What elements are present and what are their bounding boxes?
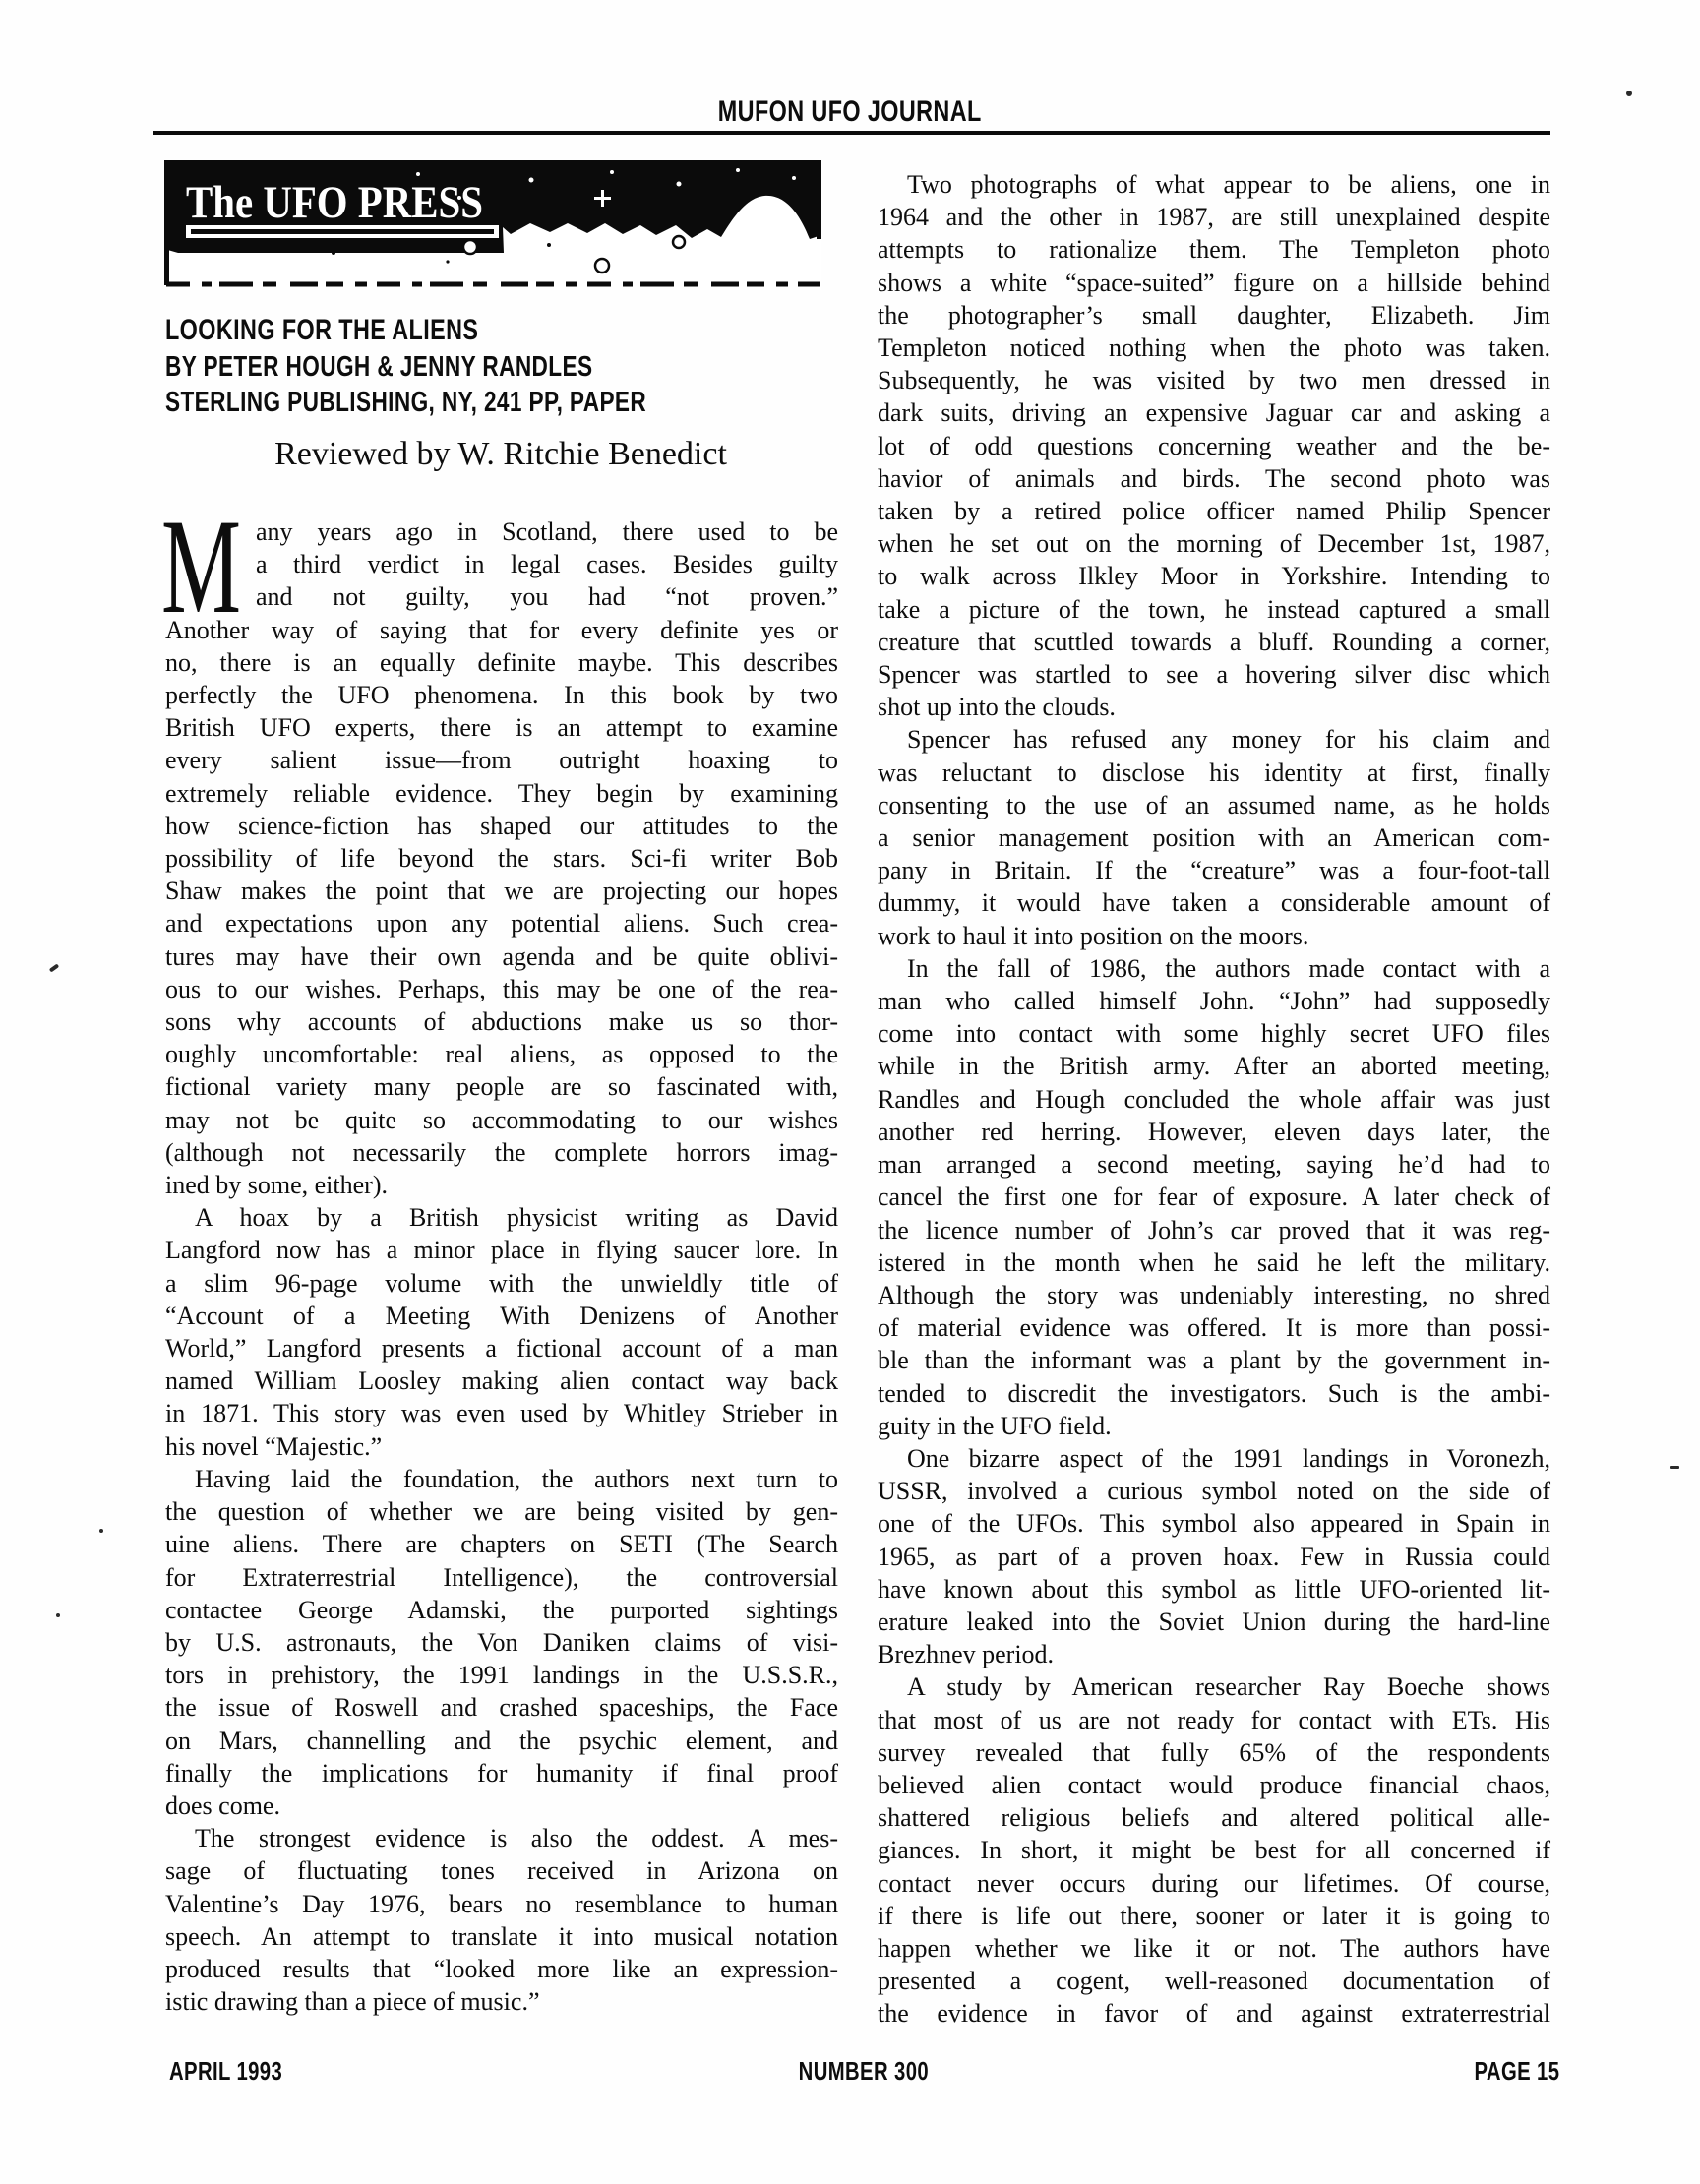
text-line: creature that scuttled towards a bluff. …: [878, 626, 1550, 658]
text-line: the issue of Roswell and crashed spacesh…: [165, 1691, 838, 1724]
scan-speck: [56, 1613, 60, 1617]
cross-star-icon: [601, 190, 604, 207]
text-line: work to haul it into position on the moo…: [878, 920, 1550, 952]
text-line: that most of us are not ready for contac…: [878, 1704, 1550, 1736]
text-line: every salient issue—from outright hoaxin…: [165, 744, 838, 776]
text-line: one of the UFOs. This symbol also appear…: [878, 1507, 1550, 1540]
banner-right-border: [817, 160, 821, 239]
text-line: Brezhnev period.: [878, 1638, 1550, 1670]
text-line: “Account of a Meeting With Denizens of A…: [165, 1300, 838, 1332]
text-line: Spencer has refused any money for his cl…: [878, 723, 1550, 756]
text-line: while in the British army. After an abor…: [878, 1050, 1550, 1082]
text-line: may not be quite so accommodating to our…: [165, 1104, 838, 1136]
text-line: the licence number of John’s car proved …: [878, 1214, 1550, 1246]
text-line: dark suits, driving an expensive Jaguar …: [878, 396, 1550, 429]
text-line: the evidence in favor of and against ext…: [878, 1997, 1550, 2030]
text-line: finally the implications for humanity if…: [165, 1757, 838, 1790]
text-line: of material evidence was offered. It is …: [878, 1311, 1550, 1344]
text-line: havior of animals and birds. The second …: [878, 462, 1550, 495]
scan-speck: [99, 1529, 103, 1533]
text-line: named William Loosley making alien conta…: [165, 1365, 838, 1397]
text-line: and not guilty, you had “not proven.”: [165, 580, 838, 613]
text-line: erature leaked into the Soviet Union dur…: [878, 1606, 1550, 1638]
text-line: Randles and Hough concluded the whole af…: [878, 1083, 1550, 1116]
text-line: Langford now has a minor place in flying…: [165, 1234, 838, 1266]
text-line: taken by a retired police officer named …: [878, 495, 1550, 527]
text-line: the photographer’s small daughter, Eliza…: [878, 299, 1550, 332]
text-line: produced results that “looked more like …: [165, 1953, 838, 1985]
text-line: when he set out on the morning of Decemb…: [878, 527, 1550, 560]
magazine-page: MUFON UFO JOURNAL The UFO PRESS LOOKING …: [0, 0, 1700, 2184]
journal-title: MUFON UFO JOURNAL: [718, 95, 982, 129]
text-line: by U.S. astronauts, the Von Daniken clai…: [165, 1626, 838, 1659]
crater-circle: [463, 240, 477, 254]
text-line: contactee George Adamski, the purported …: [165, 1594, 838, 1626]
right-column: Two photographs of what appear to be ali…: [878, 168, 1550, 2031]
text-line: ble than the informant was a plant by th…: [878, 1344, 1550, 1376]
text-line: 1965, as part of a proven hoax. Few in R…: [878, 1541, 1550, 1573]
text-line: speech. An attempt to translate it into …: [165, 1920, 838, 1953]
pebble-dot: [547, 243, 551, 247]
text-line: ous to our wishes. Perhaps, this may be …: [165, 973, 838, 1005]
text-line: tended to discredit the investigators. S…: [878, 1377, 1550, 1410]
text-line: sons why accounts of abductions make us …: [165, 1005, 838, 1038]
text-line: Although the story was undeniably intere…: [878, 1279, 1550, 1311]
text-line: istic drawing than a piece of music.”: [165, 1985, 838, 2018]
text-line: Having laid the foundation, the authors …: [165, 1463, 838, 1495]
drop-cap: M: [161, 499, 241, 635]
text-line: Spencer was startled to see a hovering s…: [878, 658, 1550, 691]
text-line: happen whether we like it or not. The au…: [878, 1932, 1550, 1965]
book-title: LOOKING FOR THE ALIENS: [165, 313, 478, 349]
text-line: survey revealed that fully 65% of the re…: [878, 1736, 1550, 1769]
scan-speck: [1626, 91, 1632, 96]
text-line: Shaw makes the point that we are project…: [165, 875, 838, 907]
header-rule: [153, 131, 1550, 135]
book-byline: BY PETER HOUGH & JENNY RANDLES: [165, 349, 592, 386]
text-line: uine aliens. There are chapters on SETI …: [165, 1528, 838, 1560]
star-icon: [529, 178, 534, 183]
text-line: guity in the UFO field.: [878, 1410, 1550, 1442]
text-line: lot of odd questions concerning weather …: [878, 430, 1550, 462]
text-line: in 1871. This story was even used by Whi…: [165, 1397, 838, 1429]
scan-speck: [49, 963, 59, 972]
text-line: a third verdict in legal cases. Besides …: [165, 548, 838, 580]
text-line: Valentine’s Day 1976, bears no resemblan…: [165, 1888, 838, 1920]
text-line: a senior management position with an Ame…: [878, 821, 1550, 854]
text-line: contact never occurs during our lifetime…: [878, 1867, 1550, 1900]
text-line: Another way of saying that for every def…: [165, 614, 838, 646]
text-line: USSR, involved a curious symbol noted on…: [878, 1475, 1550, 1507]
text-line: A study by American researcher Ray Boech…: [878, 1670, 1550, 1703]
text-line: his novel “Majestic.”: [165, 1430, 838, 1463]
text-line: giances. In short, it might be best for …: [878, 1834, 1550, 1866]
text-line: presented a cogent, well-reasoned docume…: [878, 1965, 1550, 1997]
text-line: In the fall of 1986, the authors made co…: [878, 952, 1550, 985]
text-line: extremely reliable evidence. They begin …: [165, 777, 838, 810]
text-line: Two photographs of what appear to be ali…: [878, 168, 1550, 201]
book-publisher: STERLING PUBLISHING, NY, 241 PP, PAPER: [165, 385, 646, 421]
text-line: man who called himself John. “John” had …: [878, 985, 1550, 1017]
text-line: fictional variety many people are so fas…: [165, 1070, 838, 1103]
text-line: A hoax by a British physicist writing as…: [165, 1201, 838, 1234]
footer-page-label: PAGE 15: [1450, 2056, 1559, 2087]
text-line: and expectations upon any potential alie…: [165, 907, 838, 940]
text-line: come into contact with some highly secre…: [878, 1017, 1550, 1050]
pebble-dot: [446, 260, 449, 263]
text-line: another red herring. However, eleven day…: [878, 1116, 1550, 1148]
text-line: does come.: [165, 1790, 838, 1822]
star-icon: [792, 176, 796, 180]
text-line: take a picture of the town, he instead c…: [878, 593, 1550, 626]
text-line: the question of whether we are being vis…: [165, 1495, 838, 1528]
text-line: for Extraterrestrial Intelligence), the …: [165, 1561, 838, 1594]
footer-issue-number: NUMBER 300: [14, 2056, 1700, 2087]
text-line: possibility of life beyond the stars. Sc…: [165, 842, 838, 875]
banner-underline: [191, 229, 494, 234]
ufo-press-banner: The UFO PRESS: [164, 160, 821, 290]
text-line: ined by some, either).: [165, 1169, 838, 1201]
crater-circle: [673, 236, 685, 248]
text-line: was reluctant to disclose his identity a…: [878, 757, 1550, 789]
banner-left-border: [164, 160, 169, 285]
text-line: One bizarre aspect of the 1991 landings …: [878, 1442, 1550, 1475]
star-icon: [416, 172, 420, 176]
text-line: perfectly the UFO phenomena. In this boo…: [165, 679, 838, 711]
text-line: man arranged a second meeting, saying he…: [878, 1148, 1550, 1181]
star-icon: [677, 182, 682, 187]
text-line: no, there is an equally definite maybe. …: [165, 646, 838, 679]
text-line: shot up into the clouds.: [878, 691, 1550, 723]
text-line: any years ago in Scotland, there used to…: [165, 516, 838, 548]
pebble-dot: [332, 251, 335, 255]
left-column: M any years ago in Scotland, there used …: [165, 516, 838, 2018]
text-line: if there is life out there, sooner or la…: [878, 1900, 1550, 1932]
text-line: how science-fiction has shaped our attit…: [165, 810, 838, 842]
page-header: MUFON UFO JOURNAL: [0, 95, 1700, 129]
text-line: (although not necessarily the complete h…: [165, 1136, 838, 1169]
text-line: attempts to rationalize them. The Temple…: [878, 233, 1550, 266]
star-icon: [610, 170, 614, 174]
text-line: cancel the first one for fear of exposur…: [878, 1181, 1550, 1213]
text-line: dummy, it would have taken a considerabl…: [878, 886, 1550, 919]
scan-speck: [1670, 1466, 1679, 1469]
text-line: oughly uncomfortable: real aliens, as op…: [165, 1038, 838, 1070]
text-line: have known about this symbol as little U…: [878, 1573, 1550, 1606]
text-line: believed alien contact would produce fin…: [878, 1769, 1550, 1801]
text-line: tures may have their own agenda and be q…: [165, 940, 838, 973]
text-line: pany in Britain. If the “creature” was a…: [878, 854, 1550, 886]
text-line: shows a white “space-suited” figure on a…: [878, 267, 1550, 299]
text-line: 1964 and the other in 1987, are still un…: [878, 201, 1550, 233]
text-line: World,” Langford presents a fictional ac…: [165, 1332, 838, 1365]
footer-issue-number-text: NUMBER 300: [799, 2056, 929, 2087]
review-heading: LOOKING FOR THE ALIENS BY PETER HOUGH & …: [165, 313, 782, 421]
text-line: shattered religious beliefs and altered …: [878, 1801, 1550, 1834]
footer-page-label-text: PAGE 15: [1474, 2056, 1559, 2087]
text-line: tors in prehistory, the 1991 landings in…: [165, 1659, 838, 1691]
reviewer-line: Reviewed by W. Ritchie Benedict: [165, 436, 836, 473]
text-line: Subsequently, he was visited by two men …: [878, 364, 1550, 396]
crater-circle: [595, 259, 609, 273]
text-line: sage of fluctuating tones received in Ar…: [165, 1854, 838, 1887]
text-line: Templeton noticed nothing when the photo…: [878, 332, 1550, 364]
text-line: British UFO experts, there is an attempt…: [165, 711, 838, 744]
banner-title: The UFO PRESS: [186, 177, 483, 228]
text-line: a slim 96-page volume with the unwieldly…: [165, 1267, 838, 1300]
text-line: istered in the month when he said he lef…: [878, 1246, 1550, 1279]
text-line: The strongest evidence is also the oddes…: [165, 1822, 838, 1854]
text-line: to walk across Ilkley Moor in Yorkshire.…: [878, 560, 1550, 592]
text-line: on Mars, channelling and the psychic ele…: [165, 1725, 838, 1757]
star-icon: [736, 168, 740, 172]
text-line: consenting to the use of an assumed name…: [878, 789, 1550, 821]
